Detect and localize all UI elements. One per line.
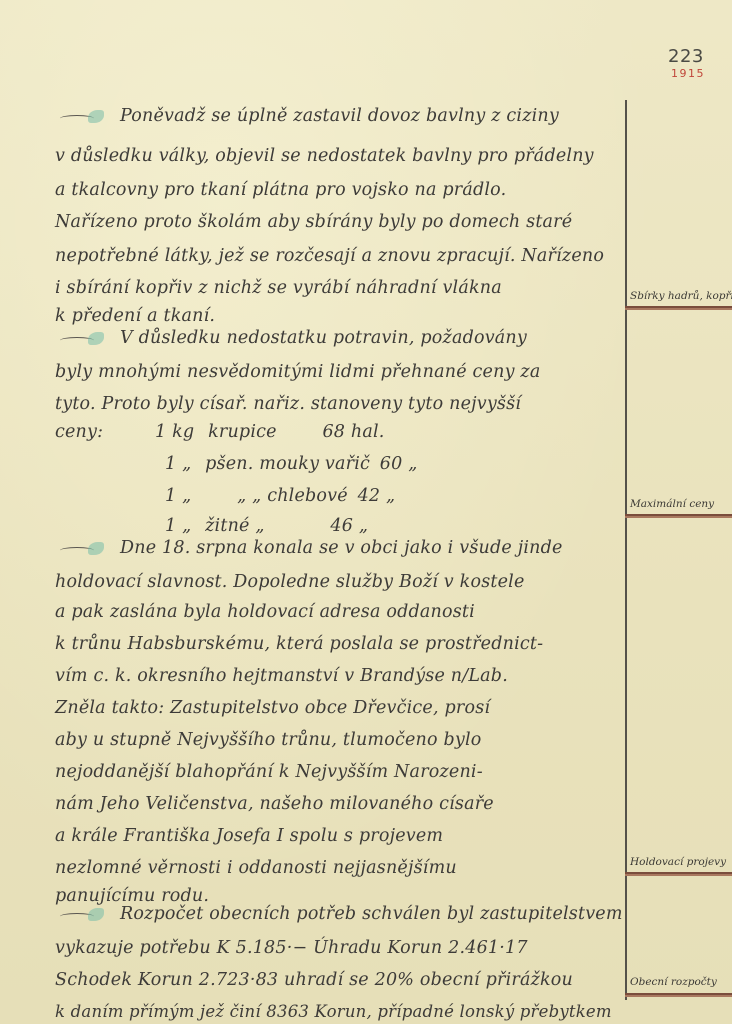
paragraph-flourish-icon bbox=[60, 906, 110, 924]
price-value: 42 „ bbox=[358, 486, 396, 506]
text-line: vím c. k. okresního hejtmanství v Brandý… bbox=[55, 666, 508, 686]
text-line: tyto. Proto byly císař. nařiz. stanoveny… bbox=[55, 394, 521, 414]
price-item: „ „ chlebové bbox=[237, 486, 348, 506]
text-line: ceny: bbox=[55, 422, 103, 442]
price-qty: 1 „ bbox=[165, 516, 191, 536]
margin-note-underline bbox=[625, 306, 732, 308]
margin-note-underline bbox=[625, 872, 732, 874]
paragraph-start: Poněvadž se úplně zastavil dovoz bavlny … bbox=[60, 106, 559, 126]
text-line: panujícímu rodu. bbox=[55, 886, 209, 906]
text-line: byly mnohými nesvědomitými lidmi přehnan… bbox=[55, 362, 540, 382]
paragraph-start: V důsledku nedostatku potravin, požadová… bbox=[60, 328, 527, 348]
price-qty: 1 kg bbox=[155, 422, 194, 442]
text-line: Nařízeno proto školám aby sbírány byly p… bbox=[55, 212, 572, 232]
price-value: 68 hal. bbox=[322, 422, 384, 442]
text-line: nezlomné věrnosti i oddanosti nejjasnějš… bbox=[55, 858, 457, 878]
text-line: holdovací slavnost. Dopoledne služby Bož… bbox=[55, 572, 525, 592]
text-line: a krále Františka Josefa I spolu s proje… bbox=[55, 826, 443, 846]
margin-note-underline bbox=[625, 514, 732, 516]
text-line: Rozpočet obecních potřeb schválen byl za… bbox=[120, 904, 623, 924]
text-line: nepotřebné látky, jež se rozčesají a zno… bbox=[55, 246, 604, 266]
price-qty: 1 „ bbox=[165, 454, 191, 474]
margin-note-municipal-budgets: Obecní rozpočty bbox=[627, 976, 732, 994]
text-line: Schodek Korun 2.723·83 uhradí se 20% obe… bbox=[55, 970, 573, 990]
handwritten-ledger-page: 223 1915 Poněvadž se úplně zastavil dovo… bbox=[0, 0, 732, 1024]
text-line: aby u stupně Nejvyššího trůnu, tlumočeno… bbox=[55, 730, 482, 750]
text-line: vykazuje potřebu K 5.185·− Úhradu Korun … bbox=[55, 938, 528, 958]
price-qty: 1 „ bbox=[165, 486, 191, 506]
text-line: v důsledku války, objevil se nedostatek … bbox=[55, 146, 594, 166]
text-line: nám Jeho Veličenstva, našeho milovaného … bbox=[55, 794, 494, 814]
text-line: nejoddanější blahopřání k Nejvyšším Naro… bbox=[55, 762, 483, 782]
price-item: krupice bbox=[208, 422, 277, 442]
paragraph-flourish-icon bbox=[60, 330, 110, 348]
price-item: pšen. mouky vařič bbox=[205, 454, 370, 474]
price-item: žitné „ bbox=[205, 516, 265, 536]
text-line: Poněvadž se úplně zastavil dovoz bavlny … bbox=[120, 106, 559, 126]
price-row: 1 „ „ „ chlebové 42 „ bbox=[165, 486, 395, 506]
price-value: 46 „ bbox=[330, 516, 368, 536]
paragraph-start: Dne 18. srpna konala se v obci jako i vš… bbox=[60, 538, 563, 558]
text-line: Zněla takto: Zastupitelstvo obce Dřevčic… bbox=[55, 698, 490, 718]
text-line: Dne 18. srpna konala se v obci jako i vš… bbox=[120, 538, 563, 558]
text-line: a pak zaslána byla holdovací adresa odda… bbox=[55, 602, 475, 622]
text-line: V důsledku nedostatku potravin, požadová… bbox=[120, 328, 527, 348]
text-line: k daním přímým jež činí 8363 Korun, příp… bbox=[55, 1002, 612, 1021]
price-row: 1 kg krupice 68 hal. bbox=[155, 422, 385, 442]
paragraph-flourish-icon bbox=[60, 108, 110, 126]
paragraph-flourish-icon bbox=[60, 540, 110, 558]
price-value: 60 „ bbox=[380, 454, 418, 474]
text-line: i sbírání kopřiv z nichž se vyrábí náhra… bbox=[55, 278, 502, 298]
price-row: 1 „ žitné „ 46 „ bbox=[165, 516, 368, 536]
text-line: k trůnu Habsburskému, která poslala se p… bbox=[55, 634, 543, 654]
page-year: 1915 bbox=[671, 67, 705, 80]
page-number: 223 bbox=[668, 46, 704, 67]
price-row: 1 „ pšen. mouky vařič 60 „ bbox=[165, 454, 417, 474]
paragraph-start: Rozpočet obecních potřeb schválen byl za… bbox=[60, 904, 623, 924]
text-line: a tkalcovny pro tkaní plátna pro vojsko … bbox=[55, 180, 506, 200]
text-line: k předení a tkaní. bbox=[55, 306, 215, 326]
margin-note-underline bbox=[625, 993, 732, 995]
